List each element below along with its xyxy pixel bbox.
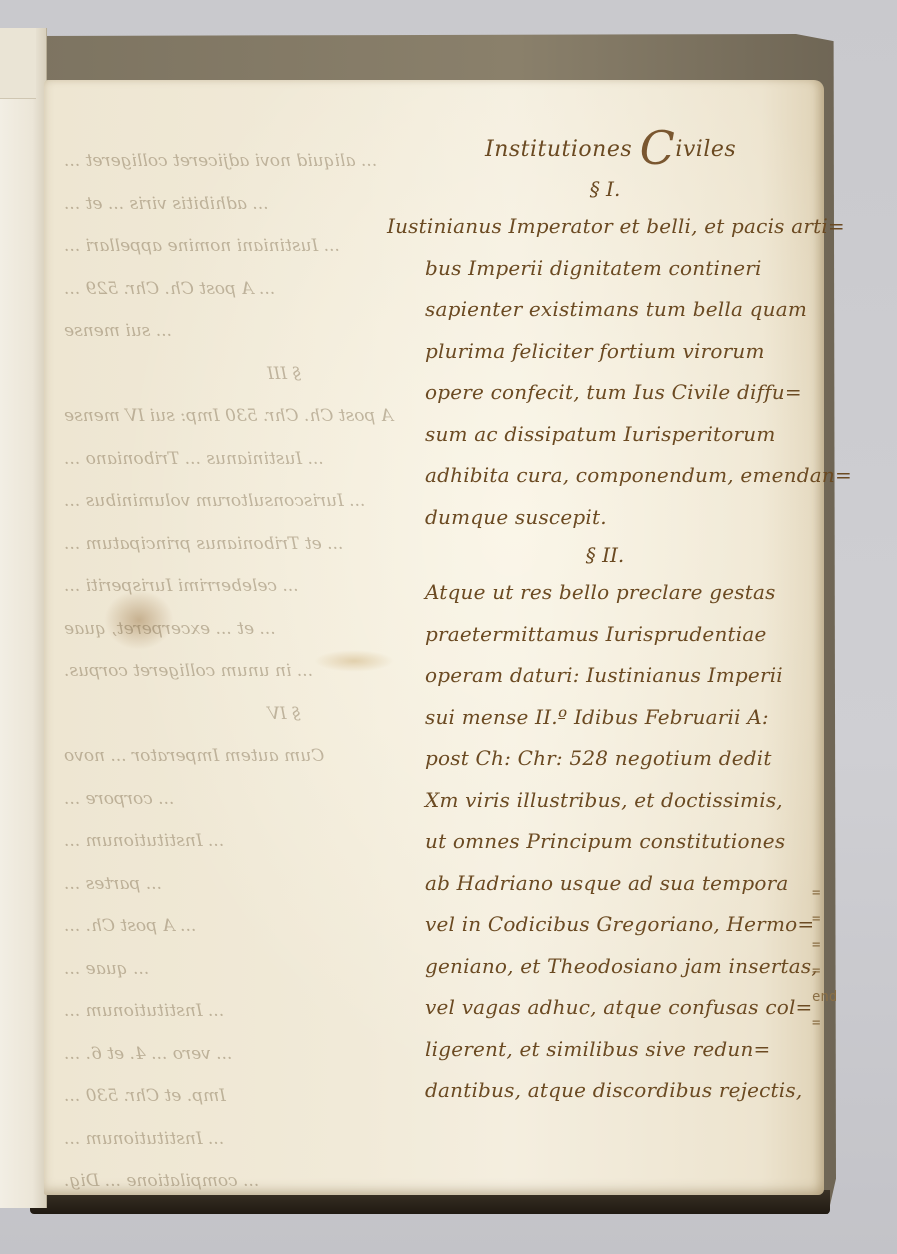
offset-line: A post Ch. Chr. 530 Imp: sui IV mense [64,395,424,438]
offset-line: ... celeberrimi Iurisperiti ... [64,565,424,608]
offset-line: ... corpore ... [64,778,424,821]
manuscript-line: ligerent, et similibus sive redun= [425,1029,825,1071]
right-edge-marks: = = = = end = [812,880,828,1036]
offset-line: Imp. et Chr. 530 ... [64,1075,424,1118]
title-word-1: Institutiones [485,137,632,162]
offset-line: ... Institutionum ... [64,990,424,1033]
edge-mark: = [812,880,828,906]
manuscript-line: Atque ut res bello preclare gestas [425,572,825,614]
manuscript-line: ut omnes Principum constitutiones [425,821,825,863]
offset-line: ... Iustinianus ... Triboniano ... [64,438,424,481]
section-heading-1: § I. [385,172,825,206]
offset-line: ... in unum colligeret corpus. [64,650,424,693]
edge-mark: = [812,1010,828,1036]
offset-line: ... Iustiniani nomine appellari ... [64,225,424,268]
offset-text-left: ... aliquid novi adjiceret colligeret ..… [64,140,424,1203]
edge-mark: = [812,906,828,932]
offset-line: ... vero ... 4. et 6. ... [64,1033,424,1076]
manuscript-line: ab Hadriano usque ad sua tempora [425,863,825,905]
offset-line: ... Iurisconsultorum voluminibus ... [64,480,424,523]
manuscript-text: Institutiones Civiles § I. Iustinianus I… [425,128,825,1112]
manuscript-line: vel in Codicibus Gregoriano, Hermo= [425,904,825,946]
edge-mark: = [812,932,828,958]
offset-line: Cum autem Imperator ... novo [64,735,424,778]
manuscript-line: sapienter existimans tum bella quam [425,289,825,331]
manuscript-line: post Ch: Chr: 528 negotium dedit [425,738,825,780]
manuscript-line: geniano, et Theodosiano jam insertas, [425,946,825,988]
manuscript-line: Iustinianus Imperator et belli, et pacis… [387,206,825,248]
page-title: Institutiones Civiles [485,128,825,172]
offset-line: ... et ... excerperet, quae [64,608,424,651]
manuscript-line: bus Imperii dignitatem contineri [425,248,825,290]
title-word-2-rest: iviles [675,137,736,162]
flyleaf-tab [0,28,36,99]
manuscript-line: Xm viris illustribus, et doctissimis, [425,780,825,822]
offset-section-heading: § IV [64,693,424,736]
offset-line: ... A post Ch. Chr. 529 ... [64,268,424,311]
offset-section-heading: § III [64,353,424,396]
offset-line: ... Institutionum ... [64,1118,424,1161]
offset-line: ... compilatione ... Dig. [64,1160,424,1203]
offset-line: ... sui mense [64,310,424,353]
offset-line: ... adhibitis viris ... et ... [64,183,424,226]
manuscript-line: vel vagas adhuc, atque confusas col= [425,987,825,1029]
manuscript-line: plurima feliciter fortium virorum [425,331,825,373]
edge-mark: end [812,984,828,1010]
manuscript-line: sum ac dissipatum Iurisperitorum [425,414,825,456]
manuscript-line: sui mense II.º Idibus Februarii A: [425,697,825,739]
offset-line: ... partes ... [64,863,424,906]
offset-line: ... A post Ch. ... [64,905,424,948]
manuscript-line: dumque suscepit. [425,497,825,539]
offset-line: ... quae ... [64,948,424,991]
edge-mark: = [812,958,828,984]
offset-line: ... aliquid novi adjiceret colligeret ..… [64,140,424,183]
manuscript-line: opere confecit, tum Ius Civile diffu= [425,372,825,414]
title-initial-c: C [640,121,676,175]
manuscript-line: praetermittamus Iurisprudentiae [425,614,825,656]
offset-line: ... Institutionum ... [64,820,424,863]
manuscript-line: adhibita cura, componendum, emendan= [425,455,825,497]
manuscript-line: operam daturi: Iustinianus Imperii [425,655,825,697]
flyleaf-page [0,28,47,1208]
section-heading-2: § II. [385,538,825,572]
offset-line: ... et Tribonianus principatum ... [64,523,424,566]
manuscript-line: dantibus, atque discordibus rejectis, [425,1070,825,1112]
